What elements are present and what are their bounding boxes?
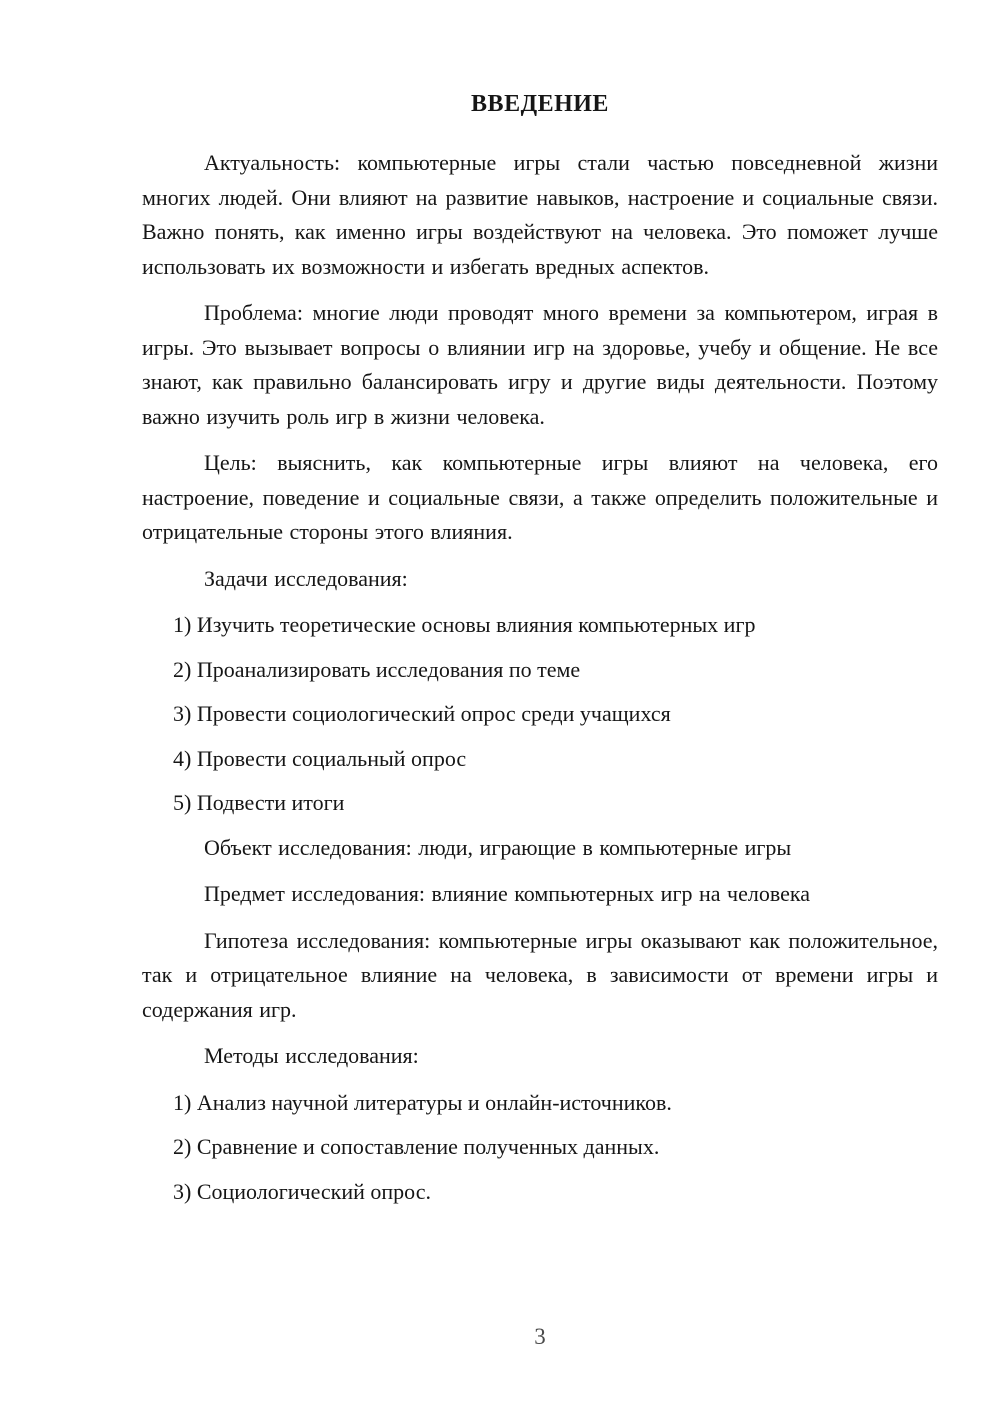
paragraph-object: Объект исследования: люди, играющие в ко… [142, 831, 938, 866]
task-item-2: 2) Проанализировать исследования по теме [173, 653, 938, 688]
paragraph-hypothesis: Гипотеза исследования: компьютерные игры… [142, 924, 938, 1028]
task-item-3: 3) Провести социологический опрос среди … [173, 697, 938, 732]
paragraph-problem: Проблема: многие люди проводят много вре… [142, 296, 938, 434]
method-item-1: 1) Анализ научной литературы и онлайн-ис… [173, 1086, 938, 1121]
tasks-heading: Задачи исследования: [142, 562, 938, 597]
task-item-1: 1) Изучить теоретические основы влияния … [173, 608, 938, 643]
paragraph-relevance: Актуальность: компьютерные игры стали ча… [142, 146, 938, 284]
page-title: ВВЕДЕНИЕ [142, 86, 938, 122]
tasks-list: 1) Изучить теоретические основы влияния … [142, 608, 938, 821]
task-item-5: 5) Подвести итоги [173, 786, 938, 821]
task-item-4: 4) Провести социальный опрос [173, 742, 938, 777]
text-column: ВВЕДЕНИЕ Актуальность: компьютерные игры… [142, 86, 938, 1219]
paragraph-goal: Цель: выяснить, как компьютерные игры вл… [142, 446, 938, 550]
method-item-3: 3) Социологический опрос. [173, 1175, 938, 1210]
document-page: ВВЕДЕНИЕ Актуальность: компьютерные игры… [0, 0, 1000, 1414]
methods-list: 1) Анализ научной литературы и онлайн-ис… [142, 1086, 938, 1210]
methods-heading: Методы исследования: [142, 1039, 938, 1074]
method-item-2: 2) Сравнение и сопоставление полученных … [173, 1130, 938, 1165]
paragraph-subject: Предмет исследования: влияние компьютерн… [142, 877, 938, 912]
page-number: 3 [142, 1324, 938, 1350]
